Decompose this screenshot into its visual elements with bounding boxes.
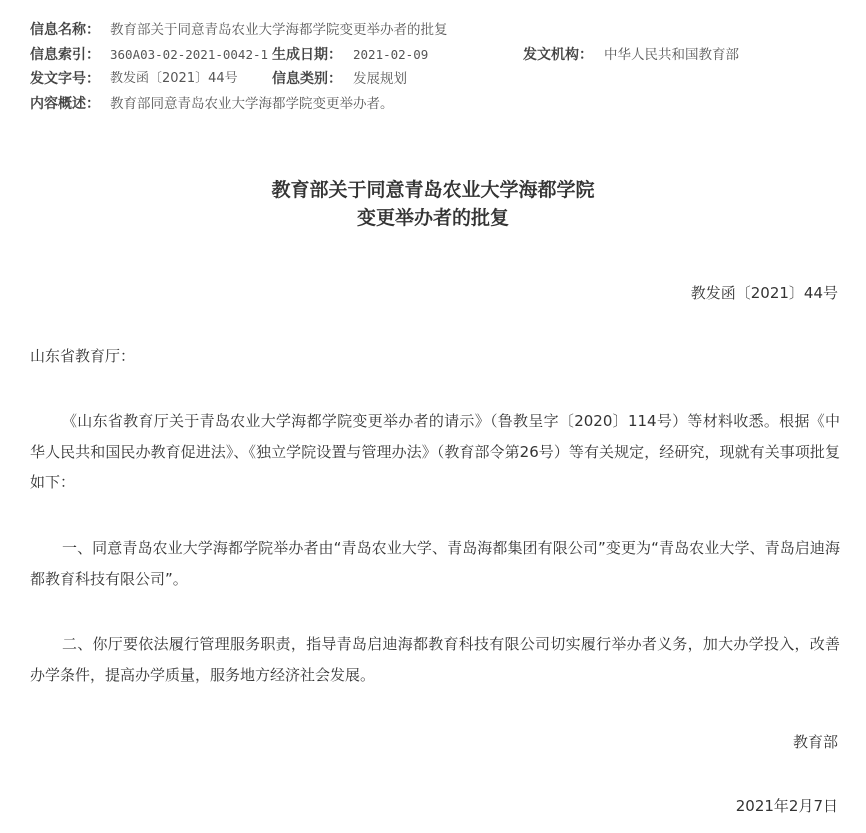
meta-row-docnum: 发文字号： 教发函〔2021〕44号 信息类别： 发展规划 [30, 67, 850, 92]
title-line-1: 教育部关于同意青岛农业大学海都学院 [0, 176, 866, 204]
meta-category-label: 信息类别： [272, 67, 342, 92]
meta-index-label: 信息索引： [30, 43, 100, 68]
meta-category-value: 发展规划 [353, 67, 407, 92]
document-number: 教发函〔2021〕44号 [691, 282, 838, 303]
meta-issuer-value: 中华人民共和国教育部 [604, 43, 739, 68]
meta-summary-label: 内容概述： [30, 92, 100, 117]
meta-name-label: 信息名称： [30, 18, 100, 43]
meta-summary-value: 教育部同意青岛农业大学海都学院变更举办者。 [110, 92, 394, 117]
signature-date: 2021年2月7日 [736, 795, 838, 816]
body-paragraph-1: 《山东省教育厅关于青岛农业大学海都学院变更举办者的请示》（鲁教呈字〔2020〕1… [30, 406, 840, 498]
meta-row-index: 信息索引： 360A03-02-2021-0042-1 生成日期： 2021-0… [30, 43, 850, 68]
meta-docnum-label: 发文字号： [30, 67, 100, 92]
title-line-2: 变更举办者的批复 [0, 204, 866, 232]
meta-name-value: 教育部关于同意青岛农业大学海都学院变更举办者的批复 [110, 18, 448, 43]
body-paragraph-2: 一、同意青岛农业大学海都学院举办者由“青岛农业大学、青岛海都集团有限公司”变更为… [30, 533, 840, 594]
meta-row-summary: 内容概述： 教育部同意青岛农业大学海都学院变更举办者。 [30, 92, 850, 117]
meta-row-name: 信息名称： 教育部关于同意青岛农业大学海都学院变更举办者的批复 [30, 18, 850, 43]
document-metadata: 信息名称： 教育部关于同意青岛农业大学海都学院变更举办者的批复 信息索引： 36… [30, 18, 850, 116]
meta-issuer-label: 发文机构： [523, 43, 593, 68]
meta-docnum-value: 教发函〔2021〕44号 [110, 67, 238, 92]
document-title: 教育部关于同意青岛农业大学海都学院 变更举办者的批复 [0, 176, 866, 232]
meta-date-label: 生成日期： [272, 43, 342, 68]
salutation: 山东省教育厅： [30, 345, 135, 366]
signature-organization: 教育部 [793, 731, 838, 752]
meta-date-value: 2021-02-09 [353, 43, 428, 68]
body-paragraph-3: 二、你厅要依法履行管理服务职责，指导青岛启迪海都教育科技有限公司切实履行举办者义… [30, 629, 840, 690]
meta-index-value: 360A03-02-2021-0042-1 [110, 43, 268, 68]
